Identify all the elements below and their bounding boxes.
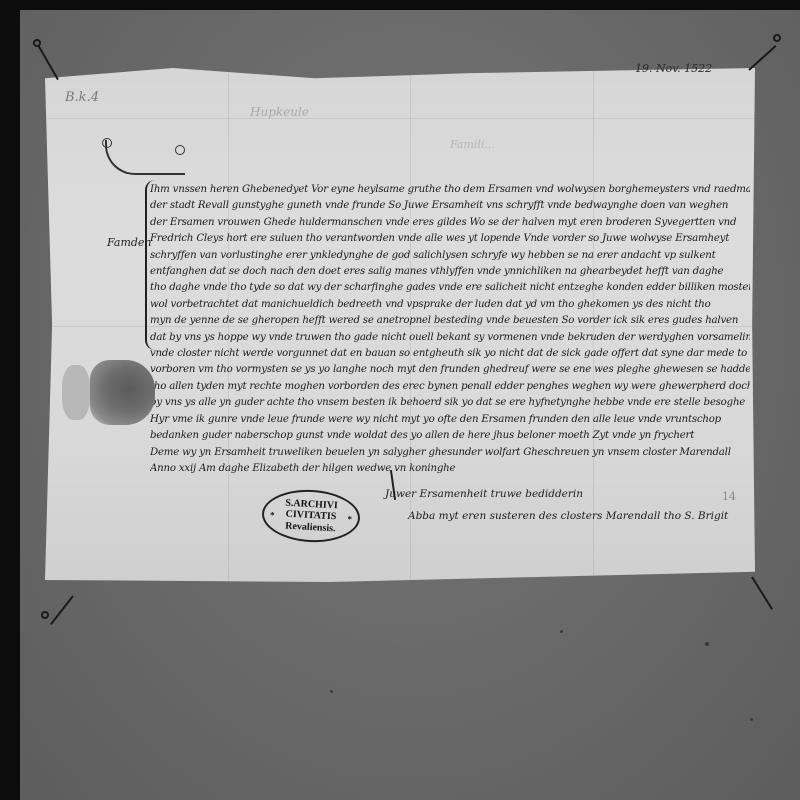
body-line: Ihm vnssen heren Ghebenedyet Vor eyne he… — [150, 182, 750, 198]
body-line: entfanghen dat se doch nach den doet ere… — [150, 264, 750, 280]
body-line: der Ersamen vrouwen Ghede huldermanschen… — [150, 215, 750, 231]
photo-frame: 19. Nov. 1522 B.k.4 Hupkeule Famili... F… — [0, 0, 800, 800]
body-line: Fredrich Cleys hort ere suluen tho veran… — [150, 231, 750, 247]
flourish-loop-icon — [175, 145, 185, 155]
pin-head-icon — [773, 34, 781, 42]
star-icon: * — [270, 510, 275, 520]
body-line: tho daghe vnde tho tyde so dat wy der sc… — [150, 280, 750, 296]
wax-seal — [90, 360, 155, 425]
letter-body: Ihm vnssen heren Ghebenedyet Vor eyne he… — [150, 182, 750, 477]
fold-line — [45, 118, 755, 119]
archive-date: 19. Nov. 1522 — [635, 62, 712, 75]
pin-head-icon — [33, 39, 41, 47]
seal-trace — [62, 365, 90, 420]
dust-speck — [750, 718, 753, 721]
body-line: Deme wy yn Ersamheit truweliken beuelen … — [150, 445, 750, 461]
star-icon: * — [347, 514, 352, 524]
body-line: Hyr vme ik gunre vnde leue frunde were w… — [150, 412, 750, 428]
body-line: wol vorbetrachtet dat manichueldich bedr… — [150, 297, 750, 313]
pencil-mark: 14 — [722, 490, 736, 503]
faint-pencil-note: Hupkeule — [250, 105, 309, 119]
body-line: tho allen tyden myt rechte moghen vorbor… — [150, 379, 750, 395]
body-line: vnde closter nicht werde vorgunnet dat e… — [150, 346, 750, 362]
faint-note-secondary: Famili... — [450, 138, 495, 151]
body-line: Anno xxij Am daghe Elizabeth der hilgen … — [150, 461, 750, 477]
body-line: vorboren vm tho vormysten se ys yo langh… — [150, 362, 750, 378]
dust-speck — [560, 630, 563, 633]
stamp-line-3: Revaliensis. — [285, 521, 336, 535]
body-line: myn de yenne de se gheropen hefft wered … — [150, 313, 750, 329]
body-line: dat by vns ys hoppe wy vnde truwen tho g… — [150, 330, 750, 346]
body-line: by vns ys alle yn guder achte tho vnsem … — [150, 395, 750, 411]
margin-note: Famden — [107, 236, 152, 249]
body-line: schryffen van vorlustinghe erer ynkledyn… — [150, 248, 750, 264]
dust-speck — [705, 642, 709, 646]
signature-line-2: Abba myt eren susteren des closters Mare… — [408, 510, 728, 522]
pin-head-icon — [41, 611, 49, 619]
dust-speck — [330, 690, 333, 693]
signature-line-1: Juwer Ersamenheit truwe bedidderin — [385, 488, 583, 500]
body-line: bedanken guder naberschop gunst vnde wol… — [150, 428, 750, 444]
shelfmark: B.k.4 — [65, 90, 99, 105]
flourish-loop-icon — [102, 138, 112, 148]
body-line: der stadt Revall gunstyghe guneth vnde f… — [150, 198, 750, 214]
